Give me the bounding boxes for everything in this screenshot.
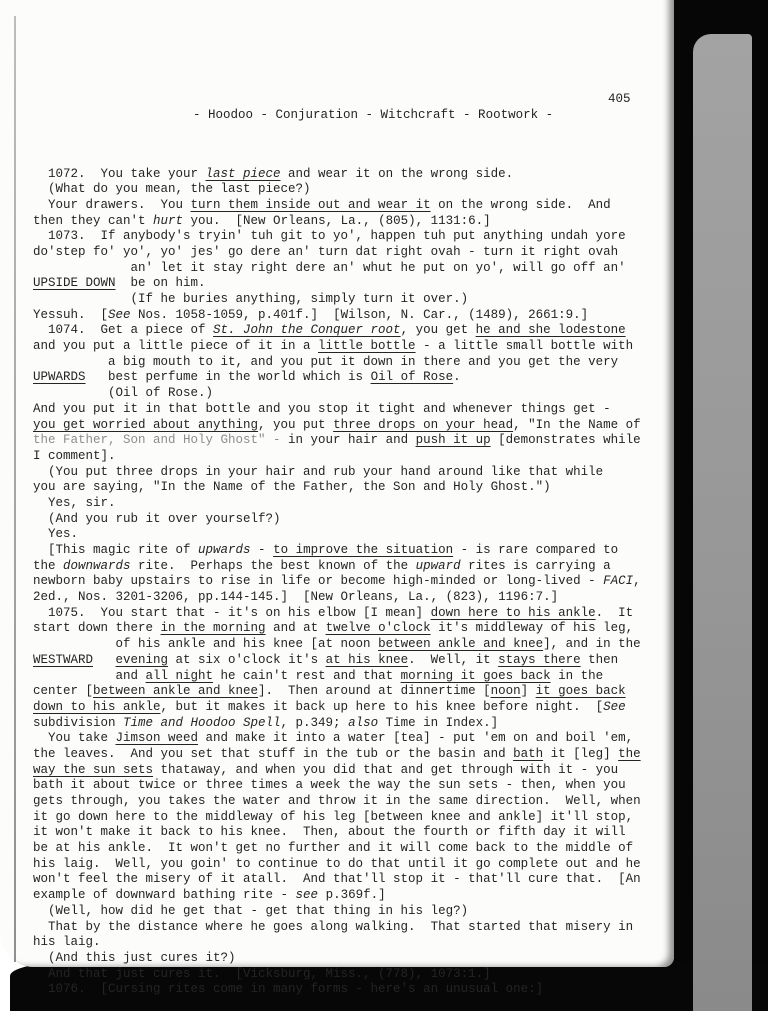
text-line: bath it about twice or three times a wee…: [33, 778, 653, 794]
text-line: his laig. Well, you goin' to continue to…: [33, 857, 653, 873]
text-line: 1075. You start that - it's on his elbow…: [33, 606, 653, 622]
text-line: start down there in the morning and at t…: [33, 621, 653, 637]
text-line: newborn baby upstairs to rise in life or…: [33, 574, 653, 590]
text-line: do'step fo' yo', yo' jes' go dere an' tu…: [33, 245, 653, 261]
text-line: 1072. You take your last piece and wear …: [33, 167, 653, 183]
text-line: it won't make it back to his knee. Then,…: [33, 825, 653, 841]
text-line: 1073. If anybody's tryin' tuh git to yo'…: [33, 229, 653, 245]
text-line: of his ankle and his knee [at noon betwe…: [33, 637, 653, 653]
page-header-title: - Hoodoo - Conjuration - Witchcraft - Ro…: [193, 108, 553, 122]
page-header: - Hoodoo - Conjuration - Witchcraft - Ro…: [33, 92, 653, 108]
text-line: (And this just cures it?): [33, 951, 653, 967]
text-line: That by the distance where he goes along…: [33, 920, 653, 936]
text-line: then they can't hurt you. [New Orleans, …: [33, 214, 653, 230]
text-line: (If he buries anything, simply turn it o…: [33, 292, 653, 308]
text-line: down to his ankle, but it makes it back …: [33, 700, 653, 716]
text-line: UPSIDE DOWN be on him.: [33, 276, 653, 292]
text-line: 1074. Get a piece of St. John the Conque…: [33, 323, 653, 339]
text-line: it go down here to the middleway of his …: [33, 810, 653, 826]
text-line: (Well, how did he get that - get that th…: [33, 904, 653, 920]
page-number: 405: [608, 92, 631, 108]
book-fore-edge: [693, 34, 752, 1011]
text-line: way the sun sets thataway, and when you …: [33, 763, 653, 779]
text-line: and you put a little piece of it in a li…: [33, 339, 653, 355]
page-lines: 1072. You take your last piece and wear …: [33, 167, 653, 998]
text-line: WESTWARD evening at six o'clock it's at …: [33, 653, 653, 669]
text-line: and all night he cain't rest and that mo…: [33, 669, 653, 685]
text-line: You take Jimson weed and make it into a …: [33, 731, 653, 747]
text-line: (And you rub it over yourself?): [33, 512, 653, 528]
text-line: the Father, Son and Holy Ghost" - in you…: [33, 433, 653, 449]
text-line: Yessuh. [See Nos. 1058-1059, p.401f.] [W…: [33, 308, 653, 324]
text-line: center [between ankle and knee]. Then ar…: [33, 684, 653, 700]
text-line: example of downward bathing rite - see p…: [33, 888, 653, 904]
text-line: I comment].: [33, 449, 653, 465]
text-line: 2ed., Nos. 3201-3206, pp.144-145.] [New …: [33, 590, 653, 606]
text-line: Your drawers. You turn them inside out a…: [33, 198, 653, 214]
text-line: you are saying, "In the Name of the Fath…: [33, 480, 653, 496]
text-line: (You put three drops in your hair and ru…: [33, 465, 653, 481]
scanned-book-page: - Hoodoo - Conjuration - Witchcraft - Ro…: [0, 0, 768, 1024]
text-line: Yes, sir.: [33, 496, 653, 512]
text-line: the leaves. And you set that stuff in th…: [33, 747, 653, 763]
text-line: subdivision Time and Hoodoo Spell, p.349…: [33, 716, 653, 732]
text-line: (Oil of Rose.): [33, 386, 653, 402]
text-line: gets through, you takes the water and th…: [33, 794, 653, 810]
scan-artifact-left-line: [14, 16, 16, 962]
text-line: Yes.: [33, 527, 653, 543]
text-line: his laig.: [33, 935, 653, 951]
text-line: UPWARDS best perfume in the world which …: [33, 370, 653, 386]
text-line: And that just cures it. [Vicksburg, Miss…: [33, 967, 653, 983]
text-line: an' let it stay right dere an' whut he p…: [33, 261, 653, 277]
text-line: be at his ankle. It won't get no further…: [33, 841, 653, 857]
text-line: the downwards rite. Perhaps the best kno…: [33, 559, 653, 575]
page-text: - Hoodoo - Conjuration - Witchcraft - Ro…: [33, 61, 653, 1024]
text-line: (What do you mean, the last piece?): [33, 182, 653, 198]
text-line: a big mouth to it, and you put it down i…: [33, 355, 653, 371]
text-line: 1076. [Cursing rites come in many forms …: [33, 982, 653, 998]
text-line: [This magic rite of upwards - to improve…: [33, 543, 653, 559]
text-line: you get worried about anything, you put …: [33, 418, 653, 434]
text-line: won't feel the misery of it atall. And t…: [33, 872, 653, 888]
text-line: And you put it in that bottle and you st…: [33, 402, 653, 418]
